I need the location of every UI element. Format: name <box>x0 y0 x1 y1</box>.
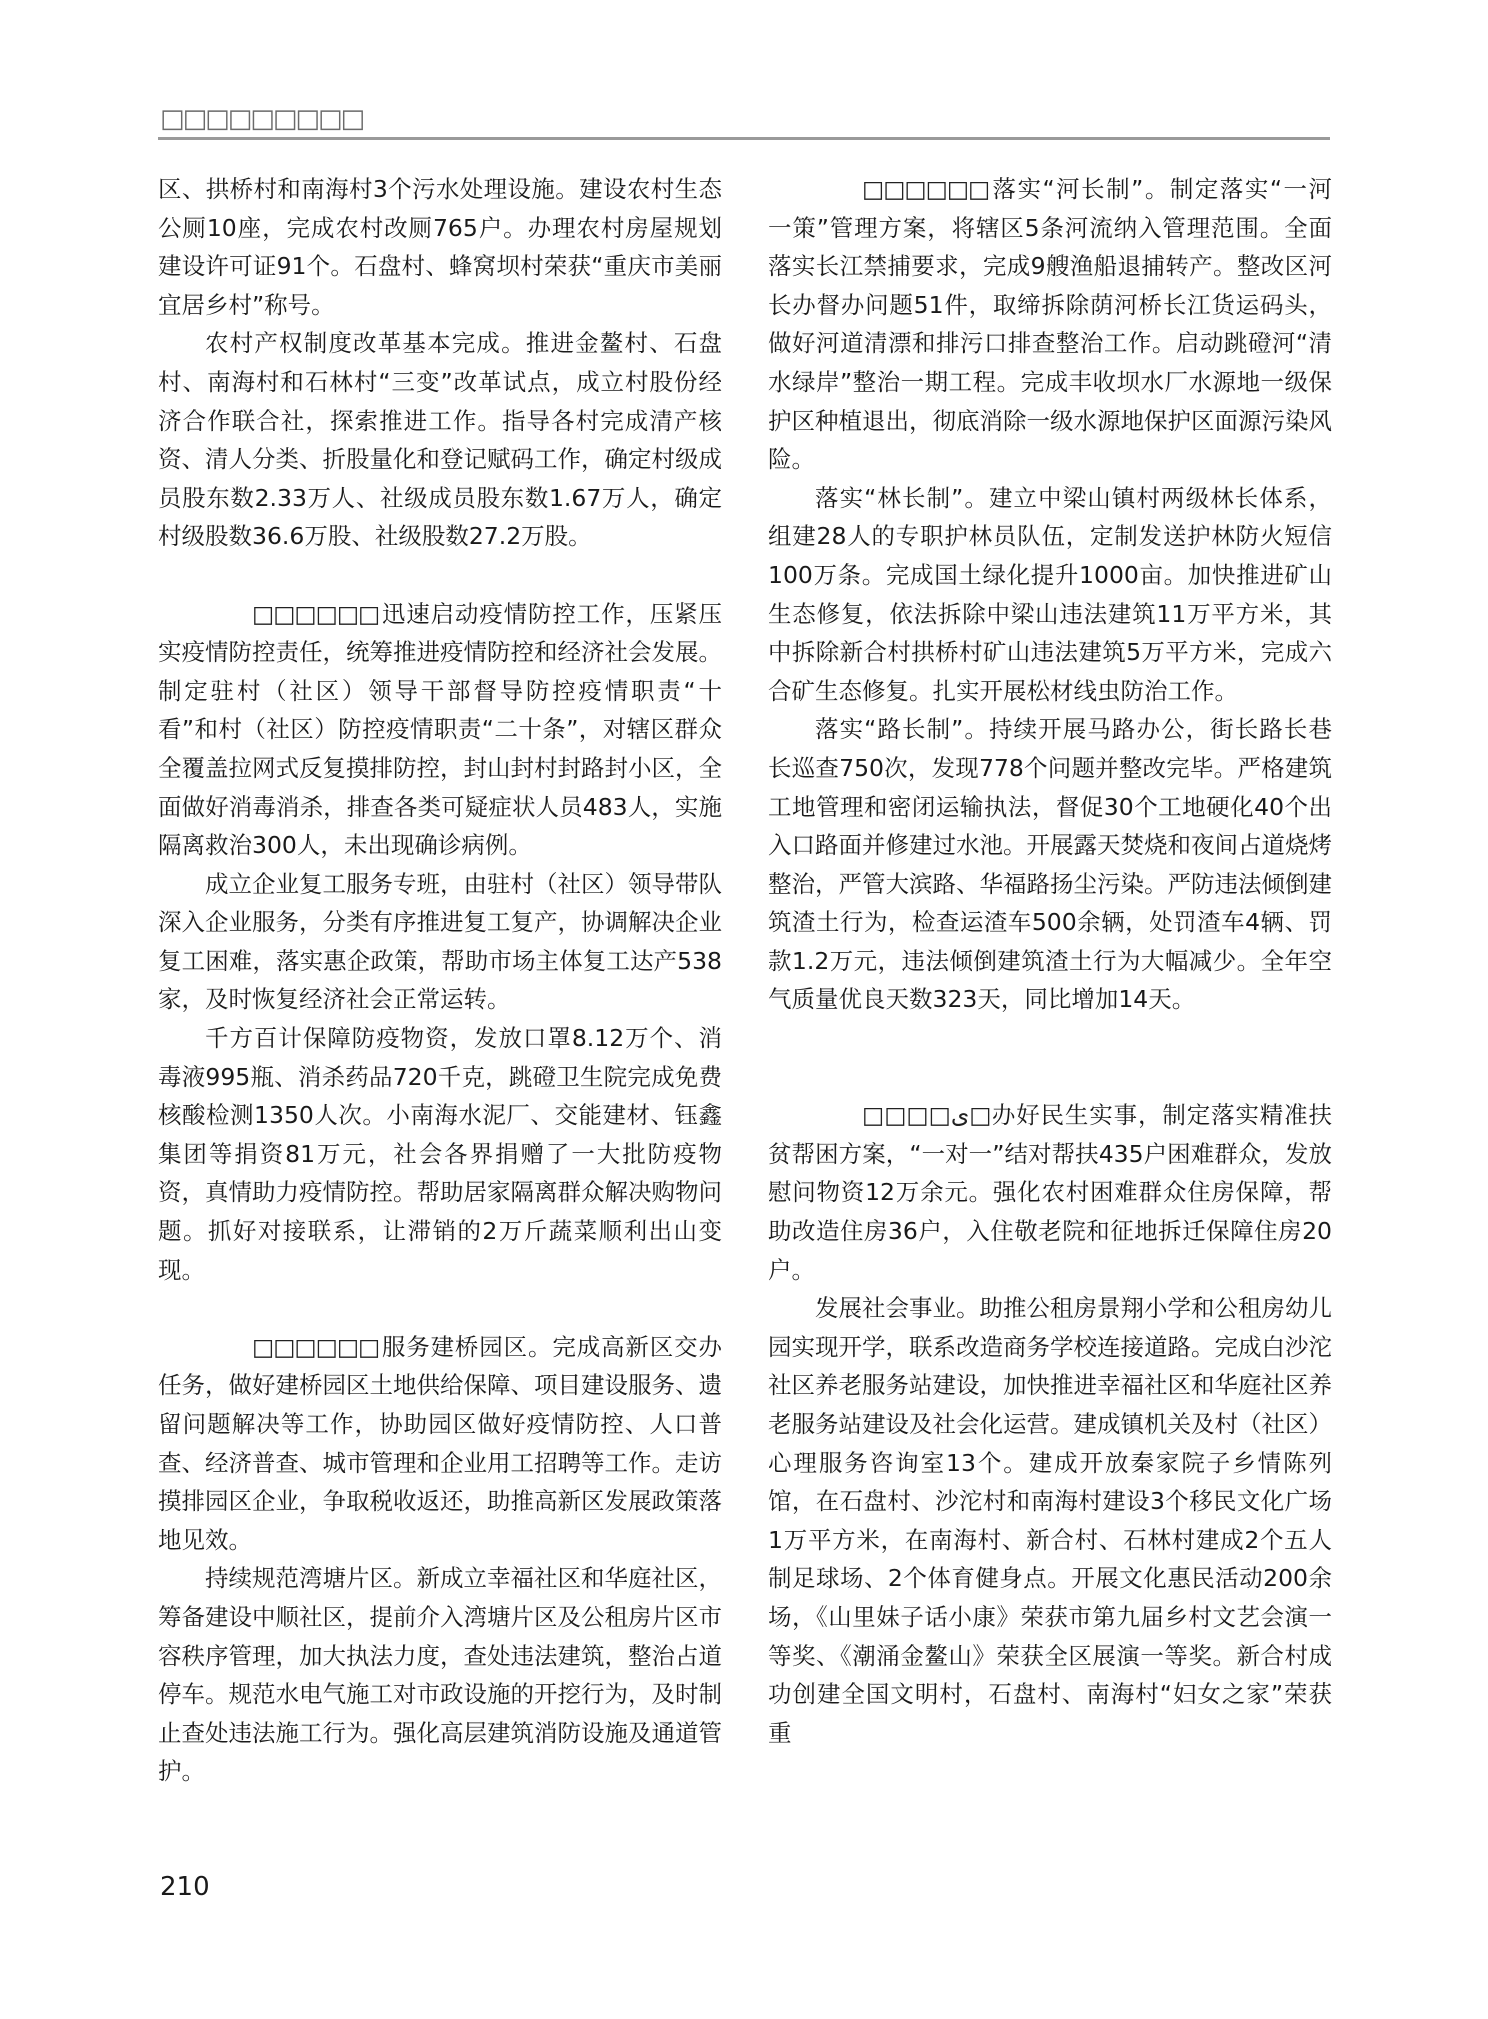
section-heading: □□□□ى□ <box>815 1096 991 1135</box>
left-column: 区、拱桥村和南海村3个污水处理设施。建设农村生态公厕10座，完成农村改厕765户… <box>158 170 722 1791</box>
paragraph: 农村产权制度改革基本完成。推进金鳌村、石盘村、南海村和石林村“三变”改革试点，成… <box>158 324 722 556</box>
paragraph: 区、拱桥村和南海村3个污水处理设施。建设农村生态公厕10座，完成农村改厕765户… <box>158 170 722 324</box>
paragraph: 发展社会事业。助推公租房景翔小学和公租房幼儿园实现开学，联系改造商务学校连接道路… <box>768 1289 1332 1752</box>
right-column: □□□□□□落实“河长制”。制定落实“一河一策”管理方案，将辖区5条河流纳入管理… <box>768 170 1332 1752</box>
header-rule <box>158 137 1330 140</box>
section-gap <box>158 556 722 595</box>
section-heading: □□□□□□ <box>815 170 991 209</box>
paragraph: 成立企业复工服务专班，由驻村（社区）领导带队深入企业服务，分类有序推进复工复产，… <box>158 865 722 1019</box>
section-paragraph: □□□□ى□办好民生实事，制定落实精准扶贫帮困方案，“一对一”结对帮扶435户困… <box>768 1096 1332 1289</box>
section-gap <box>768 1019 1332 1058</box>
section-paragraph: □□□□□□落实“河长制”。制定落实“一河一策”管理方案，将辖区5条河流纳入管理… <box>768 170 1332 479</box>
paragraph: 落实“林长制”。建立中梁山镇村两级林长体系，组建28人的专职护林员队伍，定制发送… <box>768 479 1332 711</box>
section-heading: □□□□□□ <box>205 1328 381 1367</box>
page-number: 210 <box>160 1872 210 1902</box>
section-text: 服务建桥园区。完成高新区交办任务，做好建桥园区土地供给保障、项目建设服务、遗留问… <box>158 1333 722 1554</box>
section-paragraph: □□□□□□迅速启动疫情防控工作，压紧压实疫情防控责任，统筹推进疫情防控和经济社… <box>158 595 722 865</box>
section-text: 落实“河长制”。制定落实“一河一策”管理方案，将辖区5条河流纳入管理范围。全面落… <box>768 175 1332 473</box>
paragraph: 持续规范湾塘片区。新成立幸福社区和华庭社区，筹备建设中顺社区，提前介入湾塘片区及… <box>158 1559 722 1791</box>
section-text: 迅速启动疫情防控工作，压紧压实疫情防控责任，统筹推进疫情防控和经济社会发展。制定… <box>158 600 722 860</box>
paragraph: 落实“路长制”。持续开展马路办公，街长路长巷长巡查750次，发现778个问题并整… <box>768 710 1332 1019</box>
paragraph: 千方百计保障防疫物资，发放口罩8.12万个、消毒液995瓶、消杀药品720千克，… <box>158 1019 722 1289</box>
running-head: □□□□□□□□□ <box>160 104 363 134</box>
section-paragraph: □□□□□□服务建桥园区。完成高新区交办任务，做好建桥园区土地供给保障、项目建设… <box>158 1328 722 1560</box>
section-heading: □□□□□□ <box>205 595 381 634</box>
section-gap <box>768 1058 1332 1097</box>
section-gap <box>158 1289 722 1328</box>
